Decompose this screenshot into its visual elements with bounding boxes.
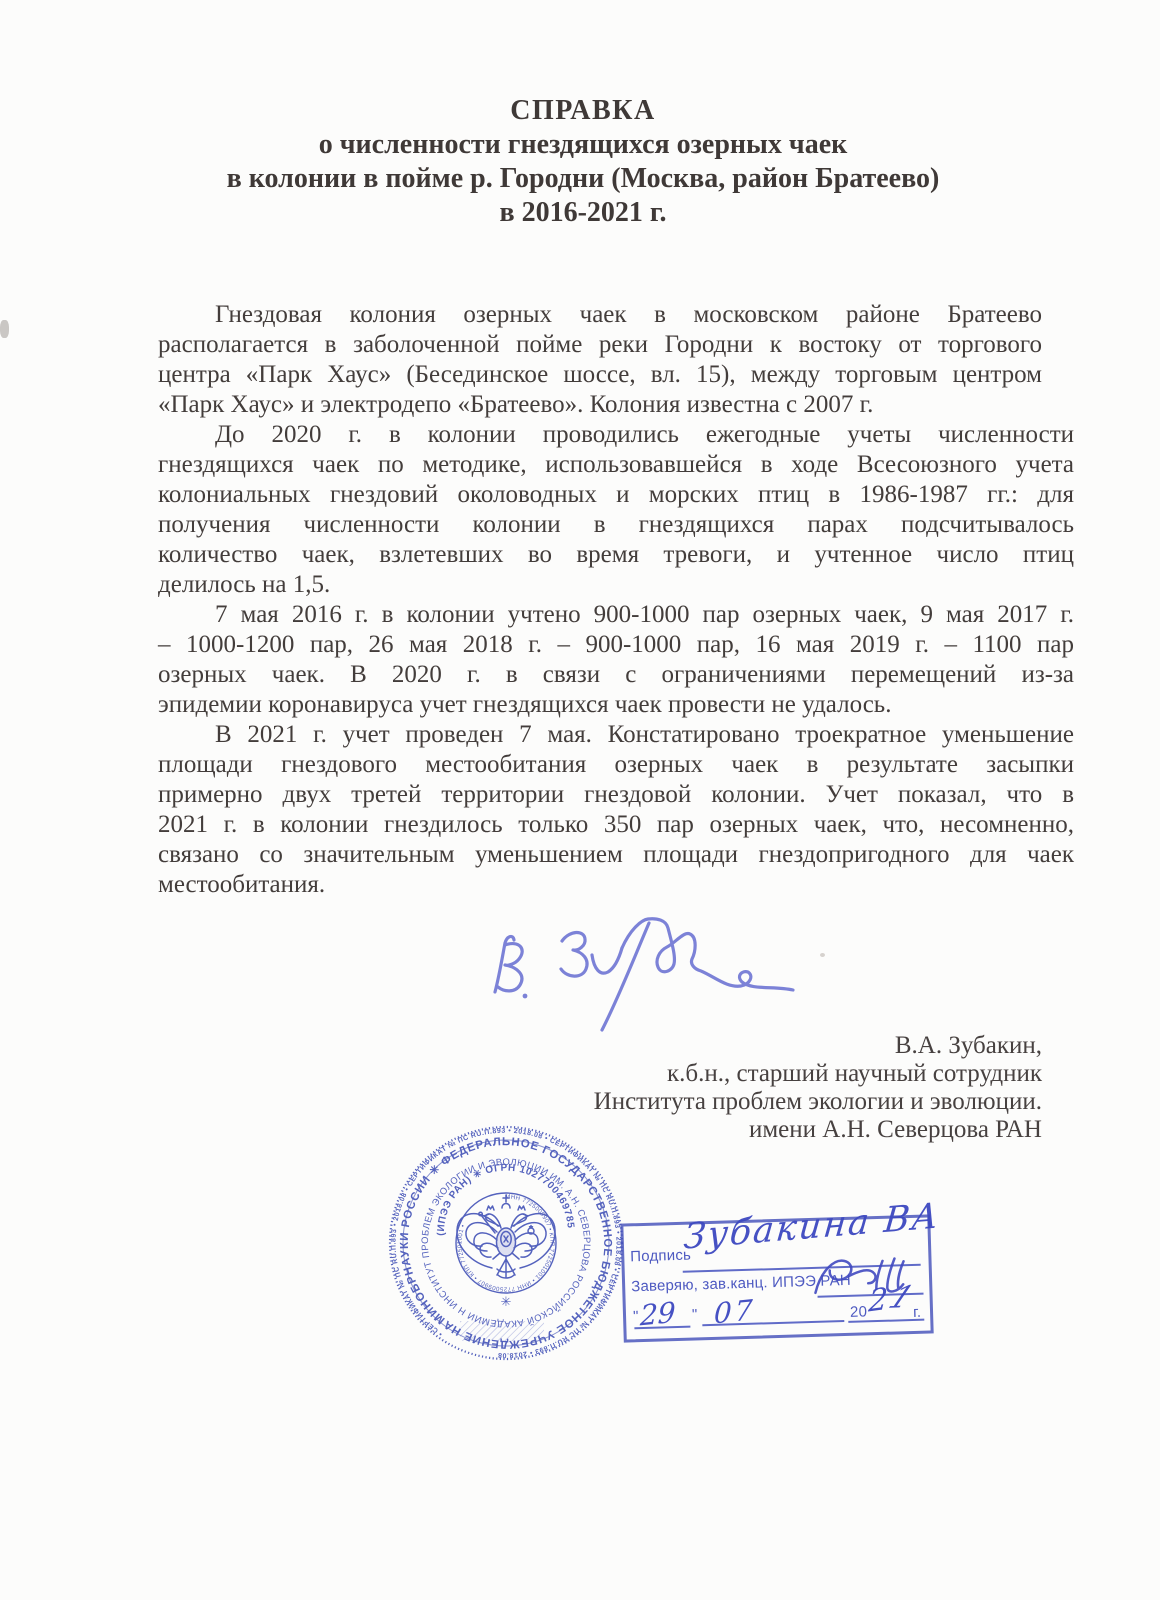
body-line: 7 мая 2016 г. в колонии учтено 900-1000 …: [158, 600, 1074, 630]
body-line: 2021 г. в колонии гнездилось только 350 …: [158, 810, 1074, 840]
stamp-date-quote-close: ": [692, 1306, 698, 1323]
stamp-year-printed: 20: [850, 1303, 868, 1320]
signer-degree: к.б.н., старший научный сотрудник: [322, 1060, 1042, 1088]
autograph-stroke: [592, 948, 622, 973]
title-line-spravka: СПРАВКА: [133, 94, 1033, 128]
autograph-stroke: [561, 932, 587, 976]
body-line: получения численности колонии в гнездящи…: [158, 510, 1074, 540]
zubakin-autograph-signature: [478, 903, 808, 1043]
scan-edge-smudge: [0, 320, 9, 338]
signer-name: В.А. Зубакин,: [322, 1032, 1042, 1060]
signer-institute: Института проблем экологии и эволюции.: [322, 1088, 1042, 1116]
body-line: «Парк Хаус» и электродепо «Братеево». Ко…: [158, 390, 1042, 420]
document-title: СПРАВКА о численности гнездящихся озерны…: [133, 94, 1033, 230]
title-line-subject: о численности гнездящихся озерных чаек: [133, 128, 1033, 162]
title-line-location: в колонии в пойме р. Городни (Москва, ра…: [133, 162, 1033, 196]
paragraph-2: До 2020 г. в колонии проводились ежегодн…: [158, 420, 1074, 600]
body-line: эпидемии коронавируса учет гнездящихся ч…: [158, 690, 1074, 720]
seal-asterisk: ✳: [501, 1294, 512, 1309]
body-line: До 2020 г. в колонии проводились ежегодн…: [158, 420, 1074, 450]
paragraph-4: В 2021 г. учет проведен 7 мая. Констатир…: [158, 720, 1074, 900]
body-line: озерных чаек. В 2020 г. в связи с ограни…: [158, 660, 1074, 690]
body-line: колониальных гнездовий околоводных и мор…: [158, 480, 1074, 510]
body-line: количество чаек, взлетевших во время тре…: [158, 540, 1074, 570]
autograph-dot: [523, 994, 528, 999]
paragraph-1: Гнездовая колония озерных чаек в московс…: [158, 300, 1042, 420]
scan-noise-dot: [820, 953, 825, 957]
document-body: Гнездовая колония озерных чаек в московс…: [158, 300, 1074, 900]
scanned-certificate-page: СПРАВКА о численности гнездящихся озерны…: [0, 0, 1160, 1600]
paragraph-3: 7 мая 2016 г. в колонии учтено 900-1000 …: [158, 600, 1074, 720]
body-line: площади гнездового местообитания озерных…: [158, 750, 1074, 780]
institute-round-seal: • СЕРТИФИКАТ № ПС RU.П.893 • 2018.08 • С…: [388, 1125, 624, 1361]
seal-guilloche-patch: [460, 1321, 544, 1341]
body-line: располагается в заболоченной пойме реки …: [158, 330, 1042, 360]
body-line: центра «Парк Хаус» (Бесединское шоссе, в…: [158, 360, 1042, 390]
stamp-date-quote-open: ": [633, 1308, 639, 1325]
body-line: гнездящихся чаек по методике, использова…: [158, 450, 1074, 480]
body-line: связано со значительным уменьшением площ…: [158, 840, 1074, 870]
body-line: местообитания.: [158, 870, 1074, 900]
body-line: примерно двух третей территории гнездово…: [158, 780, 1074, 810]
body-line: В 2021 г. учет проведен 7 мая. Констатир…: [158, 720, 1074, 750]
body-line: делилось на 1,5.: [158, 570, 1074, 600]
body-line: Гнездовая колония озерных чаек в московс…: [158, 300, 1042, 330]
certification-stamp: Подпись Зубакина ВА Заверяю, зав.канц. И…: [620, 1214, 933, 1342]
body-line: – 1000-1200 пар, 26 мая 2018 г. – 900-10…: [158, 630, 1074, 660]
title-line-years: в 2016-2021 г.: [133, 196, 1033, 230]
